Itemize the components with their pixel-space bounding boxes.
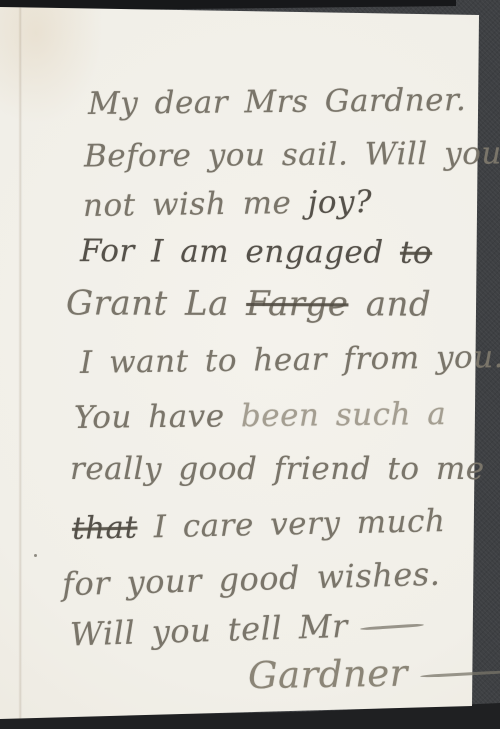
handwritten-text: Before you sail. Will you — [84, 136, 500, 175]
handwritten-line: for your good wishes. — [62, 555, 441, 604]
handwritten-text: been such a — [241, 396, 447, 434]
handwritten-text: not wish me — [83, 185, 308, 224]
handwritten-text: Farge — [246, 284, 348, 324]
handwritten-line: that I care very much — [72, 503, 446, 547]
handwritten-line: really good friend to me — [70, 451, 485, 487]
flourish-stroke — [420, 670, 500, 678]
handwritten-line: My dear Mrs Gardner. — [88, 82, 467, 122]
letter-lines: My dear Mrs Gardner.Before you sail. Wil… — [0, 0, 500, 729]
handwritten-text: and — [348, 284, 431, 324]
handwritten-text: joy? — [307, 184, 372, 221]
handwritten-line: I want to hear from you. — [80, 339, 500, 381]
handwritten-line: Will you tell Mr — [69, 604, 424, 653]
handwritten-text: for your good wishes. — [62, 555, 441, 604]
handwritten-text: that — [72, 510, 138, 547]
handwritten-line: For I am engaged to — [80, 233, 432, 271]
handwritten-text: to — [400, 235, 432, 271]
handwritten-line: You have been such a — [74, 396, 447, 436]
handwritten-line: not wish me joy? — [83, 184, 373, 224]
flourish-stroke — [360, 623, 424, 630]
photographed-letter: My dear Mrs Gardner.Before you sail. Wil… — [0, 0, 500, 729]
handwritten-text: For I am engaged — [80, 233, 400, 271]
handwritten-text: My dear Mrs Gardner. — [88, 82, 467, 122]
handwritten-text: really good friend to me — [70, 451, 485, 487]
handwritten-text: Grant La — [66, 283, 246, 324]
handwritten-text: I want to hear from you. — [80, 339, 500, 381]
handwritten-text: I care very much — [137, 503, 446, 545]
handwritten-line: Grant La Farge and — [66, 283, 431, 324]
handwritten-text: You have — [74, 398, 241, 436]
handwritten-text: Gardner — [248, 652, 409, 698]
handwritten-line: Before you sail. Will you — [84, 136, 500, 175]
handwritten-line: Gardner — [248, 650, 500, 698]
handwritten-text: Will you tell Mr — [69, 607, 348, 654]
